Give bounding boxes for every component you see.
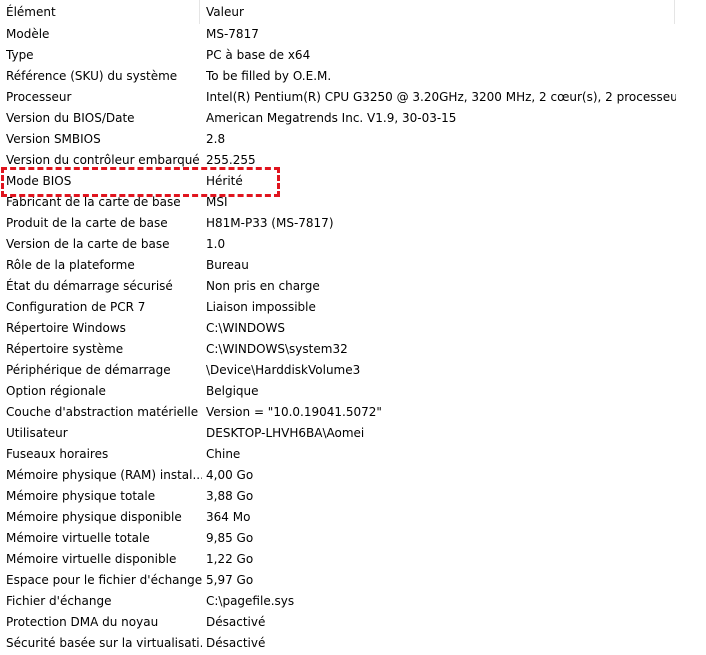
table-row[interactable]: ProcesseurIntel(R) Pentium(R) CPU G3250 … [0, 87, 706, 108]
row-element-value: 3,88 Go [206, 486, 676, 507]
table-row[interactable]: Version de la carte de base1.0 [0, 234, 706, 255]
row-element-value: American Megatrends Inc. V1.9, 30-03-15 [206, 108, 676, 129]
row-element-value: C:\pagefile.sys [206, 591, 676, 612]
table-row[interactable]: Référence (SKU) du systèmeTo be filled b… [0, 66, 706, 87]
table-row[interactable]: Protection DMA du noyauDésactivé [0, 612, 706, 633]
row-element-value: \Device\HarddiskVolume3 [206, 360, 676, 381]
row-element-value: C:\WINDOWS [206, 318, 676, 339]
row-element-name: Couche d'abstraction matérielle [6, 402, 202, 423]
table-row[interactable]: Version du BIOS/DateAmerican Megatrends … [0, 108, 706, 129]
row-element-name: Version du contrôleur embarqué [6, 150, 202, 171]
table-row[interactable]: ModèleMS-7817 [0, 24, 706, 45]
table-row[interactable]: Mémoire physique totale3,88 Go [0, 486, 706, 507]
table-row[interactable]: Mémoire virtuelle totale9,85 Go [0, 528, 706, 549]
table-row[interactable]: TypePC à base de x64 [0, 45, 706, 66]
table-row[interactable]: État du démarrage sécuriséNon pris en ch… [0, 276, 706, 297]
table-row[interactable]: Version du contrôleur embarqué255.255 [0, 150, 706, 171]
list-rows: ModèleMS-7817TypePC à base de x64Référen… [0, 24, 706, 654]
row-element-value: Non pris en charge [206, 276, 676, 297]
table-row[interactable]: Mémoire virtuelle disponible1,22 Go [0, 549, 706, 570]
row-element-name: Espace pour le fichier d'échange [6, 570, 202, 591]
row-element-value: Chine [206, 444, 676, 465]
row-element-value: To be filled by O.E.M. [206, 66, 676, 87]
row-element-name: Mémoire physique disponible [6, 507, 202, 528]
column-resize-handle[interactable] [674, 0, 675, 24]
row-element-name: Configuration de PCR 7 [6, 297, 202, 318]
row-element-value: 4,00 Go [206, 465, 676, 486]
table-row[interactable]: Espace pour le fichier d'échange5,97 Go [0, 570, 706, 591]
row-element-value: Belgique [206, 381, 676, 402]
table-row[interactable]: Couche d'abstraction matérielleVersion =… [0, 402, 706, 423]
row-element-name: Référence (SKU) du système [6, 66, 202, 87]
row-element-name: Version de la carte de base [6, 234, 202, 255]
row-element-value: C:\WINDOWS\system32 [206, 339, 676, 360]
row-element-name: État du démarrage sécurisé [6, 276, 202, 297]
row-element-name: Version SMBIOS [6, 129, 202, 150]
row-element-value: 9,85 Go [206, 528, 676, 549]
row-element-name: Option régionale [6, 381, 202, 402]
row-element-name: Répertoire système [6, 339, 202, 360]
row-element-value: Hérité [206, 171, 676, 192]
row-element-name: Répertoire Windows [6, 318, 202, 339]
row-element-name: Type [6, 45, 202, 66]
row-element-value: Intel(R) Pentium(R) CPU G3250 @ 3.20GHz,… [206, 87, 676, 108]
table-row[interactable]: Répertoire systèmeC:\WINDOWS\system32 [0, 339, 706, 360]
row-element-name: Fabricant de la carte de base [6, 192, 202, 213]
row-element-value: MSI [206, 192, 676, 213]
column-header-value[interactable]: Valeur [206, 0, 672, 24]
row-element-value: DESKTOP-LHVH6BA\Aomei [206, 423, 676, 444]
table-row[interactable]: Mémoire physique (RAM) instal...4,00 Go [0, 465, 706, 486]
row-element-name: Rôle de la plateforme [6, 255, 202, 276]
row-element-name: Périphérique de démarrage [6, 360, 202, 381]
table-row[interactable]: Configuration de PCR 7Liaison impossible [0, 297, 706, 318]
row-element-name: Sécurité basée sur la virtualisati... [6, 633, 202, 654]
row-element-name: Modèle [6, 24, 202, 45]
column-resize-handle[interactable] [199, 0, 200, 24]
table-row[interactable]: Fichier d'échangeC:\pagefile.sys [0, 591, 706, 612]
table-row[interactable]: Fuseaux horairesChine [0, 444, 706, 465]
row-element-value: PC à base de x64 [206, 45, 676, 66]
row-element-value: MS-7817 [206, 24, 676, 45]
row-element-name: Utilisateur [6, 423, 202, 444]
row-element-name: Processeur [6, 87, 202, 108]
row-element-value: 255.255 [206, 150, 676, 171]
table-row[interactable]: Option régionaleBelgique [0, 381, 706, 402]
table-row[interactable]: UtilisateurDESKTOP-LHVH6BA\Aomei [0, 423, 706, 444]
row-element-name: Fichier d'échange [6, 591, 202, 612]
row-element-value: H81M-P33 (MS-7817) [206, 213, 676, 234]
row-element-value: Bureau [206, 255, 676, 276]
system-summary-list: Élément Valeur ModèleMS-7817TypePC à bas… [0, 0, 706, 655]
row-element-name: Mémoire physique (RAM) instal... [6, 465, 202, 486]
row-element-value: Liaison impossible [206, 297, 676, 318]
row-element-value: 1,22 Go [206, 549, 676, 570]
table-row[interactable]: Version SMBIOS2.8 [0, 129, 706, 150]
table-row[interactable]: Périphérique de démarrage\Device\Harddis… [0, 360, 706, 381]
row-element-value: 2.8 [206, 129, 676, 150]
row-element-name: Mode BIOS [6, 171, 202, 192]
row-element-value: Version = "10.0.19041.5072" [206, 402, 676, 423]
row-element-name: Version du BIOS/Date [6, 108, 202, 129]
row-element-value: Désactivé [206, 633, 676, 654]
row-element-value: 5,97 Go [206, 570, 676, 591]
row-element-name: Produit de la carte de base [6, 213, 202, 234]
row-element-name: Protection DMA du noyau [6, 612, 202, 633]
list-header: Élément Valeur [0, 0, 706, 24]
table-row[interactable]: Répertoire WindowsC:\WINDOWS [0, 318, 706, 339]
row-element-value: 364 Mo [206, 507, 676, 528]
table-row[interactable]: Produit de la carte de baseH81M-P33 (MS-… [0, 213, 706, 234]
column-header-element[interactable]: Élément [6, 0, 196, 24]
table-row[interactable]: Sécurité basée sur la virtualisati...Dés… [0, 633, 706, 654]
row-element-name: Mémoire physique totale [6, 486, 202, 507]
table-row[interactable]: Rôle de la plateformeBureau [0, 255, 706, 276]
row-element-name: Fuseaux horaires [6, 444, 202, 465]
table-row[interactable]: Mémoire physique disponible364 Mo [0, 507, 706, 528]
table-row[interactable]: Fabricant de la carte de baseMSI [0, 192, 706, 213]
table-row[interactable]: Mode BIOSHérité [0, 171, 706, 192]
row-element-value: Désactivé [206, 612, 676, 633]
row-element-name: Mémoire virtuelle totale [6, 528, 202, 549]
row-element-value: 1.0 [206, 234, 676, 255]
row-element-name: Mémoire virtuelle disponible [6, 549, 202, 570]
